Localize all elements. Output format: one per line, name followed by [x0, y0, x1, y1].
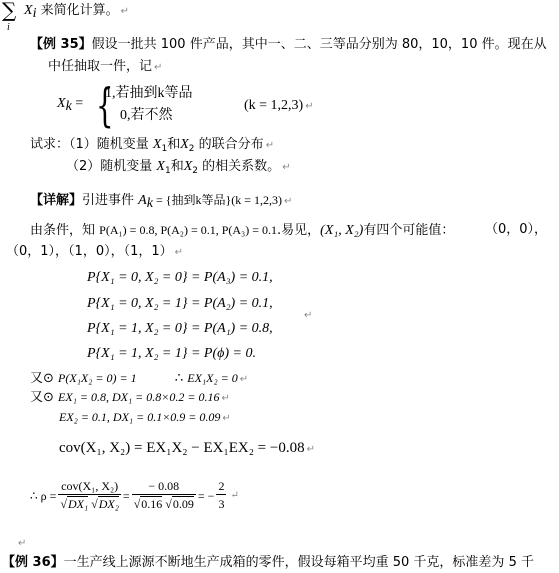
joint-row-2: P{X₁ = 0, X₂ = 1} = P(A₂) = 0.1,: [87, 296, 273, 312]
paragraph-mark-icon: ↵: [121, 6, 129, 17]
value-00: （0，0），: [485, 222, 547, 238]
therefore-symbol: ∴: [175, 371, 183, 386]
example36-line: 【例 36】一生产线上源源不断地生产成箱的零件，假设每箱平均重 50 千克，标准…: [2, 555, 534, 571]
intro-text: 来简化计算。: [41, 3, 119, 18]
ask-2: （2）随机变量 X1和X2 的相关系数。↵: [66, 159, 291, 176]
also-line-1: 又⊙ P(X₁X₂ = 0) = 1 ∴ EX₁X₂ = 0↵: [30, 370, 248, 388]
paragraph-mark-icon: ↵: [18, 538, 26, 549]
joint-row-1: P{X₁ = 0, X₂ = 0} = P(A₃) = 0.1,: [87, 270, 273, 286]
also-line-2: 又⊙ EX₁ = 0.8, DX₁ = 0.8×0.2 = 0.16↵: [30, 389, 230, 407]
because-symbol: 又⊙: [30, 390, 54, 405]
paragraph-mark-icon: ↵: [304, 310, 312, 321]
solution-label: 【详解】: [30, 193, 82, 208]
example35-line1: 【例 35】假设一批共 100 件产品，其中一、二、三等品分别为 80，10，1…: [30, 37, 547, 53]
condition-line: 由条件，知 P(A₁) = 0.8, P(A₂) = 0.1, P(A₃) = …: [30, 222, 454, 239]
ask-1: 试求：（1）随机变量 X1和X2 的联合分布↵: [30, 137, 274, 154]
covariance-line: cov(X₁, X₂) = EX₁X₂ − EX₁EX₂ = −0.08↵: [59, 440, 315, 458]
values-remaining: （0，1），（1，0），（1，1）↵: [6, 244, 183, 261]
because-symbol: 又⊙: [30, 371, 54, 386]
k-range: (k = 1,2,3)↵: [244, 98, 314, 115]
joint-row-4: P{X₁ = 1, X₂ = 1} = P(ϕ) = 0.: [87, 346, 256, 362]
joint-row-3: P{X₁ = 1, X₂ = 0} = P(A₁) = 0.8,: [87, 321, 273, 337]
case-2: 0,若不然: [120, 108, 173, 124]
summation-symbol: ∑: [2, 0, 16, 20]
summation-index: i: [7, 22, 10, 33]
case-1: 1,若抽到k等品: [105, 86, 193, 102]
value-fraction: − 0.08 √0.16 √0.09: [132, 478, 196, 513]
paragraph-mark-icon: ↵: [154, 62, 162, 73]
definition-lhs: Xk =: [57, 96, 83, 112]
ex2-line: EX₂ = 0.1, DX₁ = 0.1×0.9 = 0.09↵: [59, 409, 231, 427]
solution-intro: 【详解】引进事件 Ak = {抽到k等品}(k = 1,2,3)↵: [30, 192, 292, 210]
var-x: X: [24, 3, 33, 18]
rho-fraction: cov(X₁, X₂) √DX₁ √DX₂: [58, 478, 121, 513]
example36-label: 【例 36】: [2, 555, 64, 570]
example35-label: 【例 35】: [30, 37, 92, 52]
correlation-line: ∴ ρ = cov(X₁, X₂) √DX₁ √DX₂ = − 0.08 √0.…: [30, 478, 239, 513]
example35-line2: 中任抽取一件，记↵: [48, 59, 162, 76]
result-fraction: 2 3: [216, 478, 226, 513]
